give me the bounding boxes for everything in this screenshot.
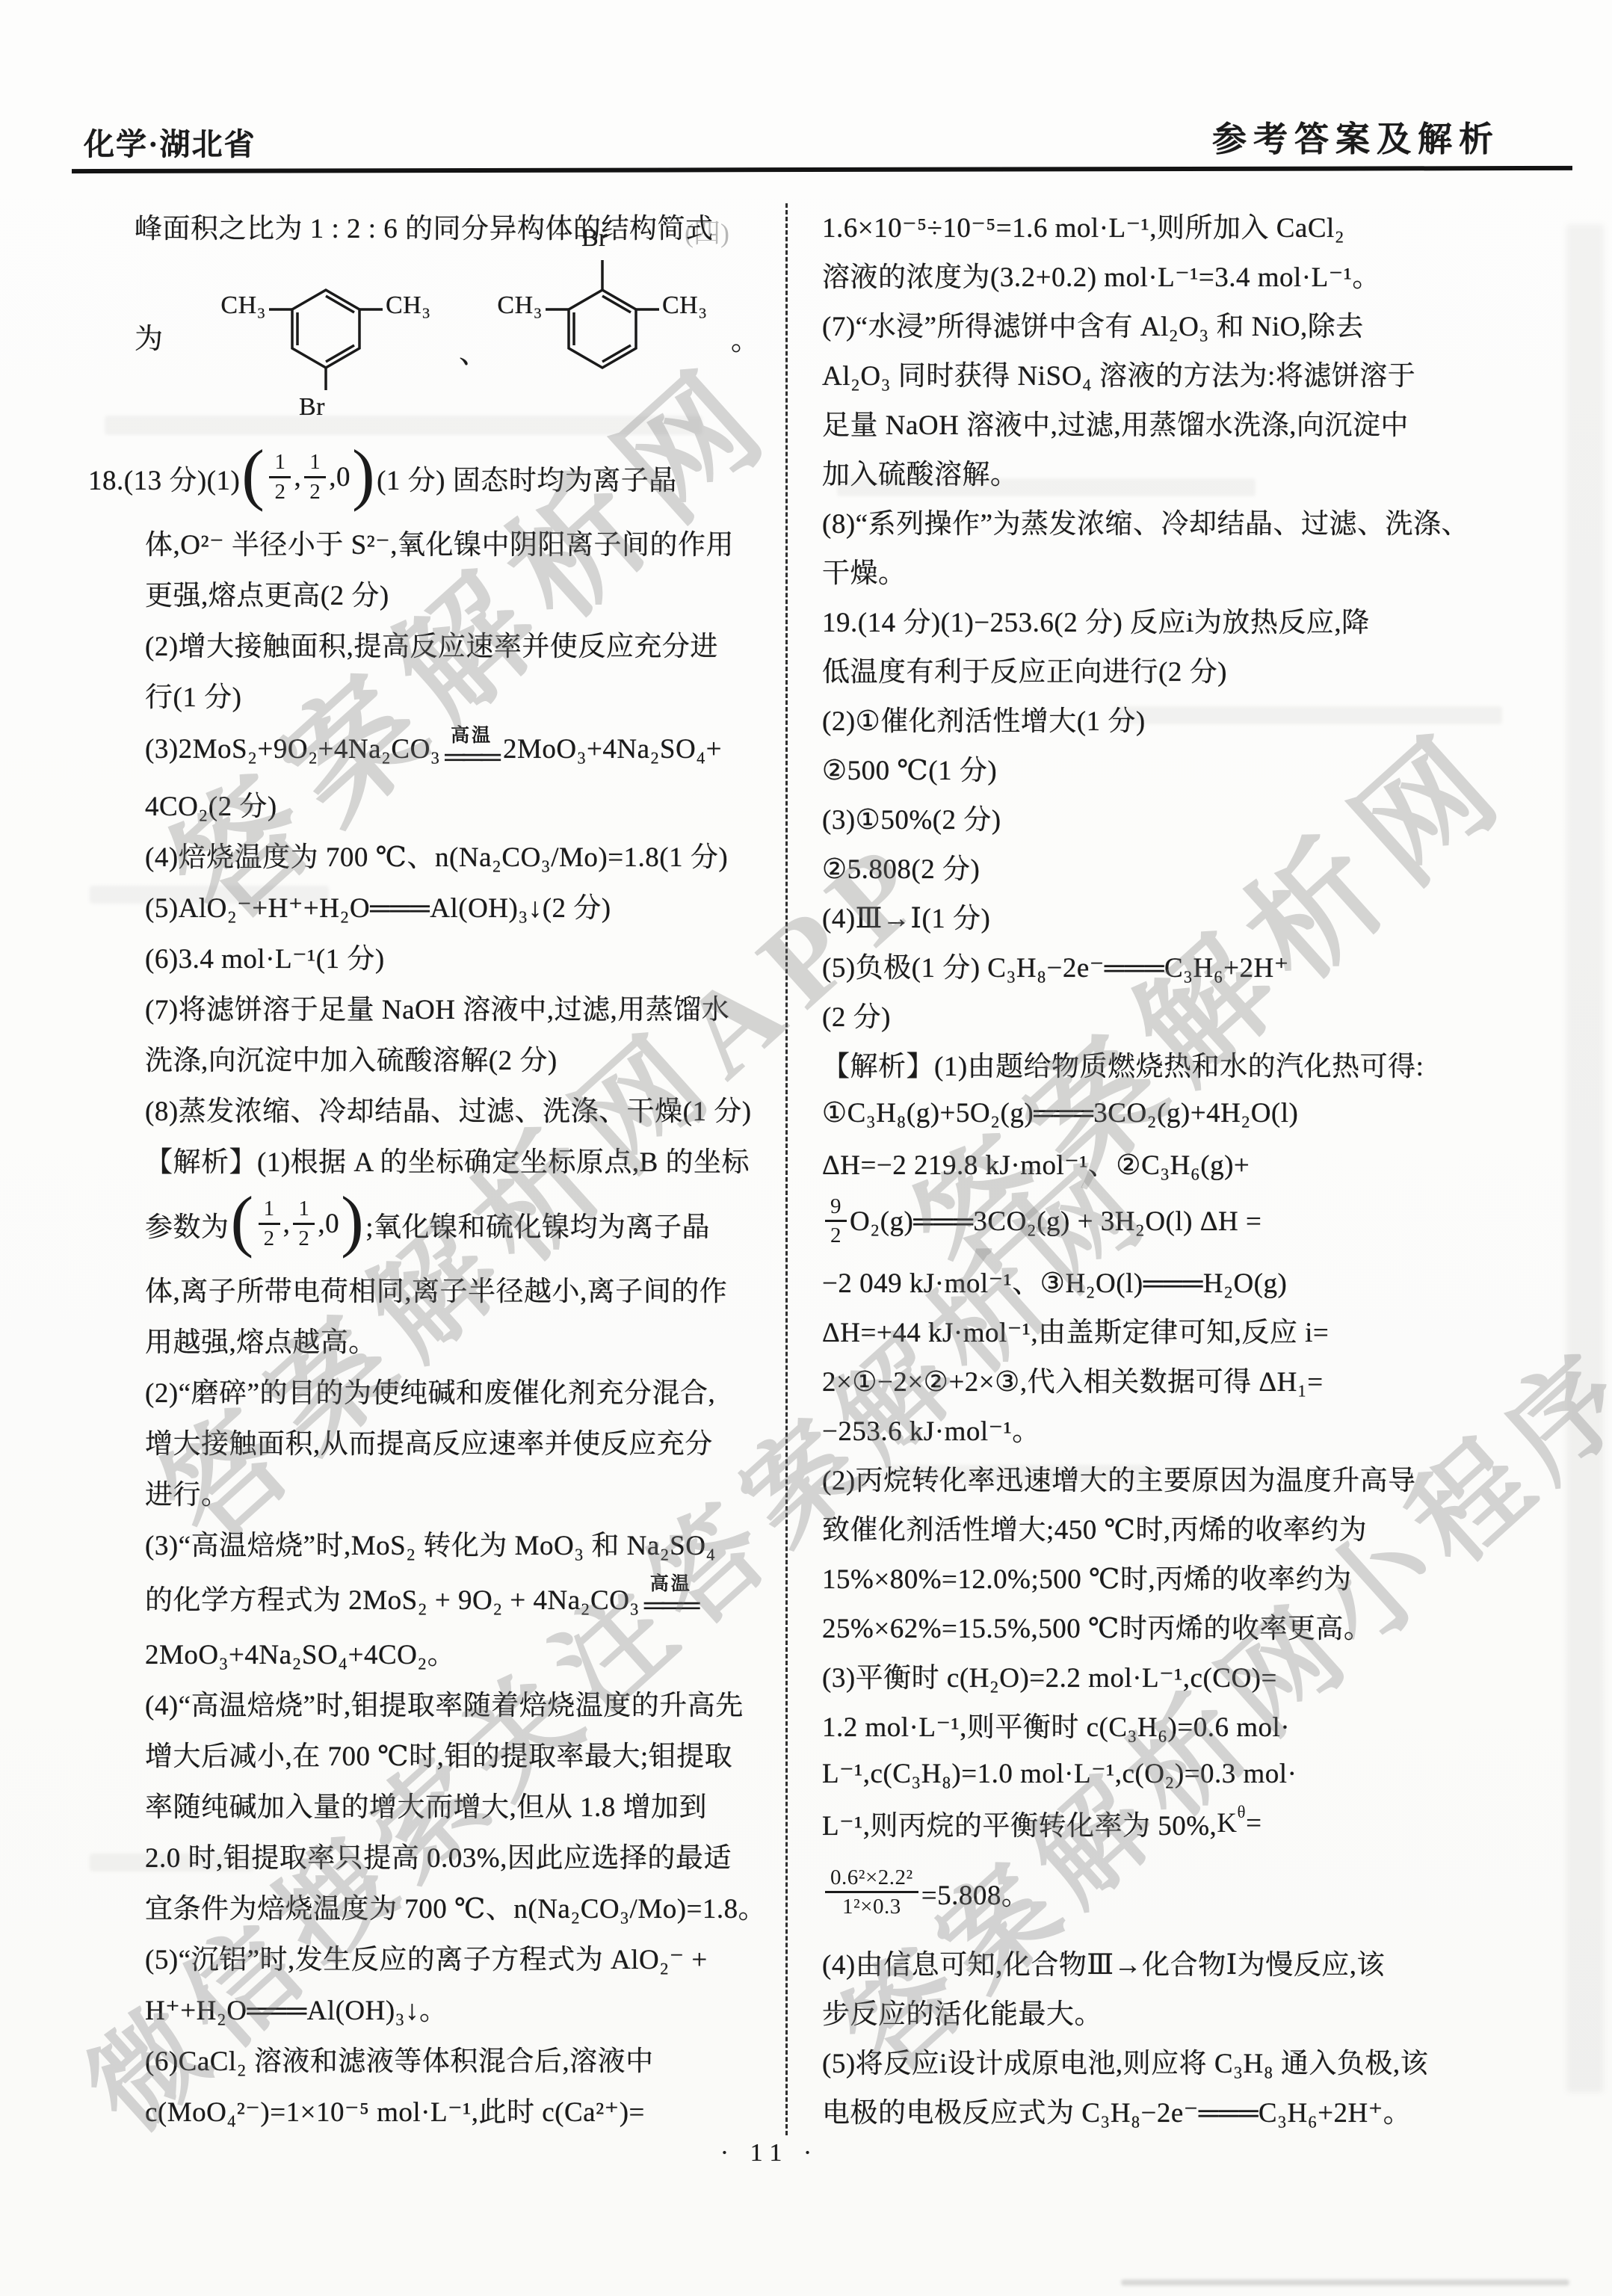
text-line: (4)由信息可知,化合物Ⅲ→化合物Ⅰ为慢反应,该 xyxy=(822,1937,1528,1987)
text-run: ,0 xyxy=(318,1208,339,1240)
text-run: 致催化剂活性增大;450 ℃时,丙烯的收率约为 xyxy=(822,1507,1367,1547)
text-run: 体,离子所带电荷相同,离子半径越小,离子间的作 xyxy=(145,1268,727,1309)
fraction: 12 xyxy=(269,450,291,504)
fraction-denominator: 2 xyxy=(309,478,321,504)
text-line: 参数为(12,12,0);氧化镍和硫化镍均为离子晶 xyxy=(88,1185,785,1263)
text-line: (5)“沉铝”时,发生反应的离子方程式为 AlO₂⁻ + xyxy=(88,1931,785,1982)
text-line: 率随纯碱加入量的增大而增大,但从 1.8 增加到 xyxy=(88,1779,785,1830)
text-line: (5)AlO₂⁻+H⁺+H₂O═══Al(OH)₃↓(2 分) xyxy=(88,880,785,931)
text-run: (4)焙烧温度为 700 ℃、n(Na₂CO₃/Mo)=1.8(1 分) xyxy=(145,834,728,874)
text-line: c(MoO₄²⁻)=1×10⁻⁵ mol·L⁻¹,此时 c(Ca²⁺)= xyxy=(88,2084,785,2135)
text-run: (3)平衡时 c(H₂O)=2.2 mol·L⁻¹,c(CO)= xyxy=(822,1655,1277,1695)
text-run: (8)蒸发浓缩、冷却结晶、过滤、洗涤、干燥(1 分) xyxy=(145,1088,752,1129)
text-run: (8)“系列操作”为蒸发浓缩、冷却结晶、过滤、洗涤、 xyxy=(822,501,1469,541)
text-run: (5)AlO₂⁻+H⁺+H₂O═══Al(OH)₃↓(2 分) xyxy=(145,885,611,925)
text-line: L⁻¹,则丙烷的平衡转化率为 50%,Kθ= xyxy=(822,1798,1528,1848)
text-line: ΔH=+44 kJ·mol⁻¹,由盖斯定律可知,反应 i= xyxy=(822,1305,1528,1354)
fraction: 12 xyxy=(293,1197,315,1251)
text-line: 2MoO₃+4Na₂SO₄+4CO₂。 xyxy=(88,1626,785,1677)
text-run: (2)“磨碎”的目的为使纯碱和废催化剂充分混合, xyxy=(145,1370,715,1410)
fraction-numerator: 1 xyxy=(304,450,326,478)
text-line: (2 分) xyxy=(822,990,1528,1039)
text-run: 增大接触面积,从而提高反应速率并使反应充分 xyxy=(145,1421,713,1461)
sentence-period: 。 xyxy=(731,317,760,358)
fraction-numerator: 1 xyxy=(259,1197,280,1224)
text-line: (6)CaCl₂ 溶液和滤液等体积混合后,溶液中 xyxy=(88,2033,785,2084)
right-column: 1.6×10⁻⁵÷10⁻⁵=1.6 mol·L⁻¹,则所加入 CaCl₂溶液的浓… xyxy=(822,200,1528,2135)
text-line: 洗涤,向沉淀中加入硫酸溶解(2 分) xyxy=(88,1032,785,1083)
text-run: 19.(14 分)(1)−253.6(2 分) 反应i为放热反应,降 xyxy=(822,599,1370,640)
text-run: (3)①50%(2 分) xyxy=(822,797,1001,837)
text-run: −253.6 kJ·mol⁻¹。 xyxy=(822,1408,1040,1448)
text-line: (2)丙烷转化率迅速增大的主要原因为温度升高导 xyxy=(822,1453,1528,1502)
fraction: 92 xyxy=(825,1194,847,1249)
double-line-equals: ═══ xyxy=(644,1591,698,1620)
text-line: 体,O²⁻ 半径小于 S²⁻,氧化镍中阴阳离子间的作用 xyxy=(88,516,785,567)
text-line: (7)“水浸”所得滤饼中含有 Al₂O₃ 和 NiO,除去 xyxy=(822,299,1528,348)
text-line: 15%×80%=12.0%;500 ℃时,丙烯的收率约为 xyxy=(822,1552,1528,1601)
text-run: 4CO₂(2 分) xyxy=(145,783,277,824)
text-run: (5)负极(1 分) C₃H₈−2e⁻═══C₃H₆+2H⁺ xyxy=(822,945,1289,985)
text-line: 增大后减小,在 700 ℃时,钼的提取率最大;钼提取 xyxy=(88,1728,785,1779)
text-line: (3)平衡时 c(H₂O)=2.2 mol·L⁻¹,c(CO)= xyxy=(822,1650,1528,1700)
text-line: (8)蒸发浓缩、冷却结晶、过滤、洗涤、干燥(1 分) xyxy=(88,1083,785,1134)
text-line: 25%×62%=15.5%,500 ℃时丙烯的收率更高。 xyxy=(822,1601,1528,1650)
substituent-label: CH₃ xyxy=(386,291,431,320)
text-line: 体,离子所带电荷相同,离子半径越小,离子间的作 xyxy=(88,1263,785,1314)
text-line: (4)“高温焙烧”时,钼提取率随着焙烧温度的升高先 xyxy=(88,1677,785,1728)
text-run: 干燥。 xyxy=(822,550,907,590)
text-run: (2)①催化剂活性增大(1 分) xyxy=(822,698,1146,738)
text-run: (2 分) xyxy=(822,994,891,1034)
text-line: 致催化剂活性增大;450 ℃时,丙烯的收率约为 xyxy=(822,1502,1528,1552)
text-run: 的化学方程式为 2MoS₂ + 9O₂ + 4Na₂CO₃ xyxy=(145,1577,640,1617)
double-line-equals: ═══ xyxy=(445,743,498,771)
text-run: L⁻¹,c(C₃H₈)=1.0 mol·L⁻¹,c(O₂)=0.3 mol· xyxy=(822,1757,1297,1790)
text-line: 峰面积之比为 1 : 2 : 6 的同分异构体的结构简式 xyxy=(88,200,785,251)
fraction-denominator: 2 xyxy=(264,1225,275,1251)
over-equals: 高温═══ xyxy=(445,726,498,771)
text-run: (4)“高温焙烧”时,钼提取率随着焙烧温度的升高先 xyxy=(145,1682,744,1723)
text-line: 2×①−2×②+2×③,代入相关数据可得 ΔH₁= xyxy=(822,1354,1528,1404)
text-line: 为 CH₃ CH₃ Br 、 xyxy=(88,251,785,438)
text-line: ②5.808(2 分) xyxy=(822,842,1528,891)
molecule-dimethylbromobenzene-1: CH₃ CH₃ Br xyxy=(266,271,386,390)
text-run: ,0 xyxy=(329,461,350,493)
big-paren: ( xyxy=(241,445,265,503)
text-line: 增大接触面积,从而提高反应速率并使反应充分 xyxy=(88,1416,785,1466)
text-run: 【解析】(1)由题给物质燃烧热和水的汽化热可得: xyxy=(822,1043,1424,1084)
text-run: 参数为 xyxy=(145,1204,229,1244)
substituent-label: CH₃ xyxy=(662,291,708,320)
text-line: (5)将反应i设计成原电池,则应将 C₃H₈ 通入负极,该 xyxy=(822,2036,1528,2085)
text-line: (5)负极(1 分) C₃H₈−2e⁻═══C₃H₆+2H⁺ xyxy=(822,940,1528,990)
text-line: Al₂O₃ 同时获得 NiSO₄ 溶液的方法为:将滤饼溶于 xyxy=(822,348,1528,398)
text-run: 2.0 时,钼提取率只提高 0.03%,因此应选择的最适 xyxy=(145,1835,732,1875)
left-column: 峰面积之比为 1 : 2 : 6 的同分异构体的结构简式 为 CH₃ CH₃ xyxy=(88,200,785,2135)
text-run: 1.2 mol·L⁻¹,则平衡时 c(C₃H₆)=0.6 mol· xyxy=(822,1704,1290,1744)
text-run: ①C₃H₈(g)+5O₂(g)═══3CO₂(g)+4H₂O(l) xyxy=(822,1096,1298,1129)
text-line: 足量 NaOH 溶液中,过滤,用蒸馏水洗涤,向沉淀中 xyxy=(822,398,1528,447)
text-line: 低温度有利于反应正向进行(2 分) xyxy=(822,644,1528,694)
text-run: 2MoO₃+4Na₂SO₄+ xyxy=(503,733,722,765)
text-run: (1 分) 固态时均为离子晶 xyxy=(377,457,677,498)
text-line: 行(1 分) xyxy=(88,669,785,720)
text-run: 加入硫酸溶解。 xyxy=(822,451,1019,492)
list-separator: 、 xyxy=(459,329,490,371)
text-line: (3)2MoS₂+9O₂+4Na₂CO₃ 高温═══ 2MoO₃+4Na₂SO₄… xyxy=(88,720,785,778)
text-run: (3)2MoS₂+9O₂+4Na₂CO₃ xyxy=(145,733,440,765)
text-line: 溶液的浓度为(3.2+0.2) mol·L⁻¹=3.4 mol·L⁻¹。 xyxy=(822,250,1528,299)
text-run: (5)“沉铝”时,发生反应的离子方程式为 AlO₂⁻ + xyxy=(145,1937,708,1977)
text-run: 【解析】(1)根据 A 的坐标确定坐标原点,B 的坐标 xyxy=(145,1139,750,1179)
text-run: 用越强,熔点越高。 xyxy=(145,1319,377,1360)
text-run: 更强,熔点更高(2 分) xyxy=(145,573,389,613)
benzene-ring-icon xyxy=(266,256,386,405)
over-equals: 高温═══ xyxy=(644,1575,698,1620)
fraction-numerator: 1 xyxy=(293,1197,315,1224)
text-line: 加入硫酸溶解。 xyxy=(822,447,1528,496)
text-run: 体,O²⁻ 半径小于 S²⁻,氧化镍中阴阳离子间的作用 xyxy=(145,522,734,562)
text-line: 【解析】(1)由题给物质燃烧热和水的汽化热可得: xyxy=(822,1039,1528,1088)
formula-prefix: 为 xyxy=(135,315,164,357)
page-header-title: 参考答案及解析 xyxy=(1212,112,1500,161)
text-line: ΔH=−2 219.8 kJ·mol⁻¹、②C₃H₆(g)+ xyxy=(822,1138,1528,1187)
fraction-numerator: 0.6²×2.2² xyxy=(825,1865,918,1893)
text-run: 15%×80%=12.0%;500 ℃时,丙烯的收率约为 xyxy=(822,1556,1352,1596)
symbol-superscript: θ xyxy=(1238,1803,1247,1822)
page-number: · 11 · xyxy=(658,2139,882,2167)
text-line: (4)Ⅲ→Ⅰ(1 分) xyxy=(822,891,1528,940)
text-run: 电极的电极反应式为 C₃H₈−2e⁻═══C₃H₆+2H⁺。 xyxy=(822,2090,1411,2130)
text-line: 步反应的活化能最大。 xyxy=(822,1987,1528,2036)
text-line: 1.2 mol·L⁻¹,则平衡时 c(C₃H₆)=0.6 mol· xyxy=(822,1700,1528,1749)
text-run: =5.808。 xyxy=(921,1872,1030,1913)
text-run: , xyxy=(283,1208,291,1240)
text-line: 用越强,熔点越高。 xyxy=(88,1314,785,1365)
header-rule xyxy=(72,166,1572,173)
text-run: −2 049 kJ·mol⁻¹、③H₂O(l)═══H₂O(g) xyxy=(822,1260,1287,1300)
text-run: (2)丙烷转化率迅速增大的主要原因为温度升高导 xyxy=(822,1457,1416,1498)
text-line: (2)“磨碎”的目的为使纯碱和废催化剂充分混合, xyxy=(88,1365,785,1416)
text-run: (4)由信息可知,化合物Ⅲ→化合物Ⅰ为慢反应,该 xyxy=(822,1942,1385,1982)
text-run: ΔH=+44 kJ·mol⁻¹,由盖斯定律可知,反应 i= xyxy=(822,1309,1329,1350)
text-line: 的化学方程式为 2MoS₂ + 9O₂ + 4Na₂CO₃ 高温═══ xyxy=(88,1568,785,1626)
fraction-numerator: 9 xyxy=(825,1194,847,1222)
text-run: 洗涤,向沉淀中加入硫酸溶解(2 分) xyxy=(145,1037,558,1078)
text-line: 19.(14 分)(1)−253.6(2 分) 反应i为放热反应,降 xyxy=(822,595,1528,644)
text-line: (4)焙烧温度为 700 ℃、n(Na₂CO₃/Mo)=1.8(1 分) xyxy=(88,829,785,880)
fraction: 12 xyxy=(259,1197,280,1251)
text-line: (6)3.4 mol·L⁻¹(1 分) xyxy=(88,931,785,981)
text-run: 25%×62%=15.5%,500 ℃时丙烯的收率更高。 xyxy=(822,1605,1371,1646)
text-line: (7)将滤饼溶于足量 NaOH 溶液中,过滤,用蒸馏水 xyxy=(88,981,785,1032)
scanned-answer-page: 化学·湖北省 参考答案及解析 (四) 峰面积之比为 1 : 2 : 6 的同分异… xyxy=(0,0,1612,2296)
molecule-dimethylbromobenzene-2: Br CH₃ CH₃ xyxy=(543,271,662,390)
text-run: H⁺+H₂O═══Al(OH)₃↓。 xyxy=(145,1987,448,2028)
text-run: 率随纯碱加入量的增大而增大,但从 1.8 增加到 xyxy=(145,1784,707,1824)
text-run: 进行。 xyxy=(145,1472,229,1512)
text-line: (3)“高温焙烧”时,MoS₂ 转化为 MoO₃ 和 Na₂SO₄ xyxy=(88,1517,785,1568)
text-run: O₂(g)═══3CO₂(g) + 3H₂O(l) ΔH = xyxy=(850,1206,1262,1238)
bleed-artifact xyxy=(1566,224,1604,2093)
column-divider xyxy=(785,203,788,2135)
page-header-subject: 化学·湖北省 xyxy=(84,120,256,164)
text-run: 2MoO₃+4Na₂SO₄+4CO₂。 xyxy=(145,1632,455,1672)
text-line: 宜条件为焙烧温度为 700 ℃、n(Na₂CO₃/Mo)=1.8。 xyxy=(88,1880,785,1931)
text-run: 足量 NaOH 溶液中,过滤,用蒸馏水洗涤,向沉淀中 xyxy=(822,402,1409,442)
text-line: −253.6 kJ·mol⁻¹。 xyxy=(822,1404,1528,1453)
text-run: (5)将反应i设计成原电池,则应将 C₃H₈ 通入负极,该 xyxy=(822,2040,1428,2081)
symbol-base: K xyxy=(1217,1807,1237,1839)
text-run: 增大后减小,在 700 ℃时,钼的提取率最大;钼提取 xyxy=(145,1733,732,1774)
text-run: (7)“水浸”所得滤饼中含有 Al₂O₃ 和 NiO,除去 xyxy=(822,303,1364,344)
text-line: ①C₃H₈(g)+5O₂(g)═══3CO₂(g)+4H₂O(l) xyxy=(822,1088,1528,1138)
structural-formulas: 为 CH₃ CH₃ Br 、 xyxy=(88,251,785,438)
text-run: (6)CaCl₂ 溶液和滤液等体积混合后,溶液中 xyxy=(145,2038,654,2079)
text-run: (6)3.4 mol·L⁻¹(1 分) xyxy=(145,936,385,976)
substituent-label: CH₃ xyxy=(497,291,543,320)
big-paren: ) xyxy=(352,445,375,503)
text-line: 干燥。 xyxy=(822,546,1528,595)
text-run: 低温度有利于反应正向进行(2 分) xyxy=(822,649,1227,689)
text-run: (7)将滤饼溶于足量 NaOH 溶液中,过滤,用蒸馏水 xyxy=(145,987,729,1027)
substituent-label: CH₃ xyxy=(220,291,266,320)
text-line: (8)“系列操作”为蒸发浓缩、冷却结晶、过滤、洗涤、 xyxy=(822,496,1528,546)
text-line: 92O₂(g)═══3CO₂(g) + 3H₂O(l) ΔH = xyxy=(822,1187,1528,1256)
text-line: (3)①50%(2 分) xyxy=(822,792,1528,842)
text-run: ;氧化镍和硫化镍均为离子晶 xyxy=(365,1204,710,1244)
text-line: (2)增大接触面积,提高反应速率并使反应充分进 xyxy=(88,618,785,669)
text-run: 18.(13 分)(1) xyxy=(88,457,240,498)
text-line: ②500 ℃(1 分) xyxy=(822,743,1528,792)
text-line: 进行。 xyxy=(88,1466,785,1517)
fraction: 12 xyxy=(304,450,326,504)
text-line: −2 049 kJ·mol⁻¹、③H₂O(l)═══H₂O(g) xyxy=(822,1256,1528,1305)
big-paren: ) xyxy=(341,1191,364,1250)
text-line: 2.0 时,钼提取率只提高 0.03%,因此应选择的最适 xyxy=(88,1830,785,1880)
text-line: 1.6×10⁻⁵÷10⁻⁵=1.6 mol·L⁻¹,则所加入 CaCl₂ xyxy=(822,200,1528,250)
bleed-artifact xyxy=(1121,2280,1569,2286)
fraction-numerator: 1 xyxy=(269,450,291,478)
substituent-label: Br xyxy=(299,393,325,422)
fraction-denominator: 2 xyxy=(274,478,285,504)
text-run: (3)“高温焙烧”时,MoS₂ 转化为 MoO₃ 和 Na₂SO₄ xyxy=(145,1522,716,1563)
text-run: Al₂O₃ 同时获得 NiSO₄ 溶液的方法为:将滤饼溶于 xyxy=(822,353,1415,393)
text-run: 溶液的浓度为(3.2+0.2) mol·L⁻¹=3.4 mol·L⁻¹。 xyxy=(822,254,1380,294)
text-line: 电极的电极反应式为 C₃H₈−2e⁻═══C₃H₆+2H⁺。 xyxy=(822,2085,1528,2135)
text-run: c(MoO₄²⁻)=1×10⁻⁵ mol·L⁻¹,此时 c(Ca²⁺)= xyxy=(145,2089,645,2129)
text-run: ΔH=−2 219.8 kJ·mol⁻¹、②C₃H₆(g)+ xyxy=(822,1142,1250,1182)
substituent-label: Br xyxy=(581,224,608,253)
text-run: = xyxy=(1246,1807,1262,1839)
text-run: 1.6×10⁻⁵÷10⁻⁵=1.6 mol·L⁻¹,则所加入 CaCl₂ xyxy=(822,205,1344,245)
fraction: 0.6²×2.2²1²×0.3 xyxy=(825,1865,918,1920)
text-run: 宜条件为焙烧温度为 700 ℃、n(Na₂CO₃/Mo)=1.8。 xyxy=(145,1886,766,1926)
text-run: 2×①−2×②+2×③,代入相关数据可得 ΔH₁= xyxy=(822,1359,1324,1399)
text-line: 更强,熔点更高(2 分) xyxy=(88,567,785,618)
big-paren: ( xyxy=(231,1191,254,1250)
benzene-ring-icon xyxy=(543,256,662,405)
text-line: L⁻¹,c(C₃H₈)=1.0 mol·L⁻¹,c(O₂)=0.3 mol· xyxy=(822,1749,1528,1798)
text-run: 步反应的活化能最大。 xyxy=(822,1991,1102,2031)
text-line: 0.6²×2.2²1²×0.3=5.808。 xyxy=(822,1848,1528,1937)
text-run: 峰面积之比为 1 : 2 : 6 的同分异构体的结构简式 xyxy=(135,206,714,246)
text-line: 【解析】(1)根据 A 的坐标确定坐标原点,B 的坐标 xyxy=(88,1134,785,1185)
text-line: H⁺+H₂O═══Al(OH)₃↓。 xyxy=(88,1982,785,2033)
text-run: ②5.808(2 分) xyxy=(822,846,980,886)
fraction-denominator: 2 xyxy=(830,1222,841,1248)
text-run: (2)增大接触面积,提高反应速率并使反应充分进 xyxy=(145,623,718,664)
text-line: 4CO₂(2 分) xyxy=(88,778,785,829)
text-run: , xyxy=(294,461,301,493)
text-run: ②500 ℃(1 分) xyxy=(822,747,997,788)
fraction-denominator: 2 xyxy=(298,1225,309,1251)
text-line: (2)①催化剂活性增大(1 分) xyxy=(822,694,1528,743)
text-run: (4)Ⅲ→Ⅰ(1 分) xyxy=(822,895,990,936)
fraction-denominator: 1²×0.3 xyxy=(842,1893,901,1919)
superscripted-symbol: Kθ xyxy=(1217,1807,1246,1839)
text-run: 行(1 分) xyxy=(145,674,241,715)
text-run: L⁻¹,则丙烷的平衡转化率为 50%, xyxy=(822,1803,1217,1843)
text-line: 18.(13 分)(1)(12,12,0)(1 分) 固态时均为离子晶 xyxy=(88,438,785,516)
